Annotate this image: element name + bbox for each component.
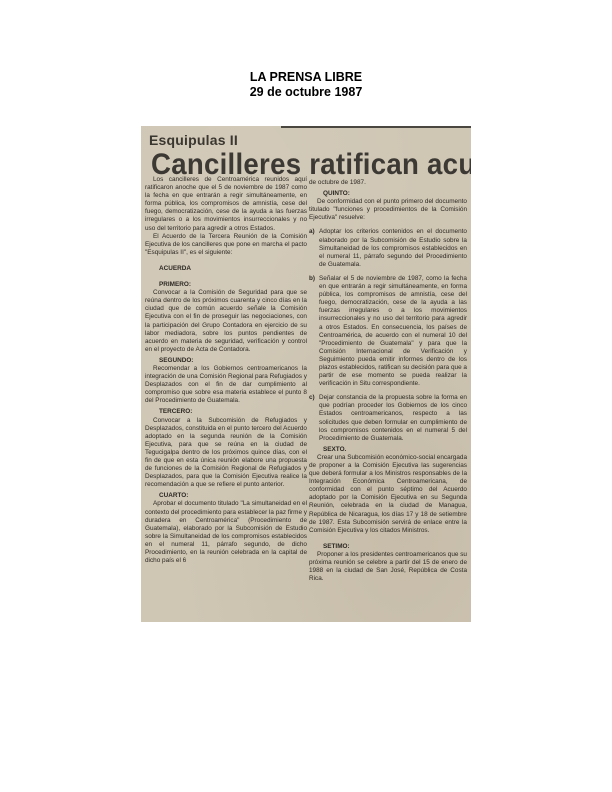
segundo-label: SEGUNDO: bbox=[159, 357, 307, 365]
item-marker: b) bbox=[309, 275, 319, 388]
primero-label: PRIMERO: bbox=[159, 281, 307, 289]
quinto-text: De conformidad con el punto primero del … bbox=[309, 198, 467, 222]
setimo-label: SETIMO: bbox=[323, 543, 467, 551]
tercero-text: Convocar a la Subcomisión de Refugiados … bbox=[145, 417, 307, 490]
item-marker: c) bbox=[309, 394, 319, 443]
cuarto-label: CUARTO: bbox=[159, 492, 307, 500]
segundo-text: Recomendar a los Gobiernos centroamerica… bbox=[145, 365, 307, 405]
tercero-label: TERCERO: bbox=[159, 408, 307, 416]
sexto-label: SEXTO. bbox=[323, 446, 467, 454]
list-item-c: c) Dejar constancia de la propuesta sobr… bbox=[309, 394, 467, 443]
primero-text: Convocar a la Comisión de Seguridad para… bbox=[145, 289, 307, 354]
setimo-text: Proponer a los presidentes centroamerica… bbox=[309, 551, 467, 583]
list-item-a: a) Adoptar los criterios contenidos en e… bbox=[309, 228, 467, 268]
page-header: LA PRENSA LIBRE 29 de octubre 1987 bbox=[0, 70, 612, 100]
left-column: Los cancilleres de Centroamérica reunido… bbox=[145, 176, 307, 565]
intro-paragraph-2: El Acuerdo de la Tercera Reunión de la C… bbox=[145, 233, 307, 257]
quinto-label: QUINTO: bbox=[323, 190, 467, 198]
acuerda-label: ACUERDA bbox=[159, 265, 307, 273]
item-text: Señalar el 5 de noviembre de 1987, como … bbox=[319, 275, 467, 388]
sexto-text: Crear una Subcomisión económico-social e… bbox=[309, 454, 467, 535]
intro-paragraph: Los cancilleres de Centroamérica reunido… bbox=[145, 176, 307, 233]
top-rule bbox=[281, 126, 471, 128]
cuarto-text: Aprobar el documento titulado "La simult… bbox=[145, 500, 307, 565]
newspaper-clipping: Esquipulas II Cancilleres ratifican acue… bbox=[141, 126, 471, 622]
publication-date: 29 de octubre 1987 bbox=[0, 85, 612, 100]
item-text: Adoptar los criterios contenidos en el d… bbox=[319, 228, 467, 268]
list-item-b: b) Señalar el 5 de noviembre de 1987, co… bbox=[309, 275, 467, 388]
right-column: de octubre de 1987. QUINTO: De conformid… bbox=[309, 179, 467, 583]
item-marker: a) bbox=[309, 228, 319, 268]
article-kicker: Esquipulas II bbox=[149, 132, 238, 148]
item-text: Dejar constancia de la propuesta sobre l… bbox=[319, 394, 467, 443]
publication-name: LA PRENSA LIBRE bbox=[0, 70, 612, 85]
continuation-text: de octubre de 1987. bbox=[309, 179, 467, 187]
